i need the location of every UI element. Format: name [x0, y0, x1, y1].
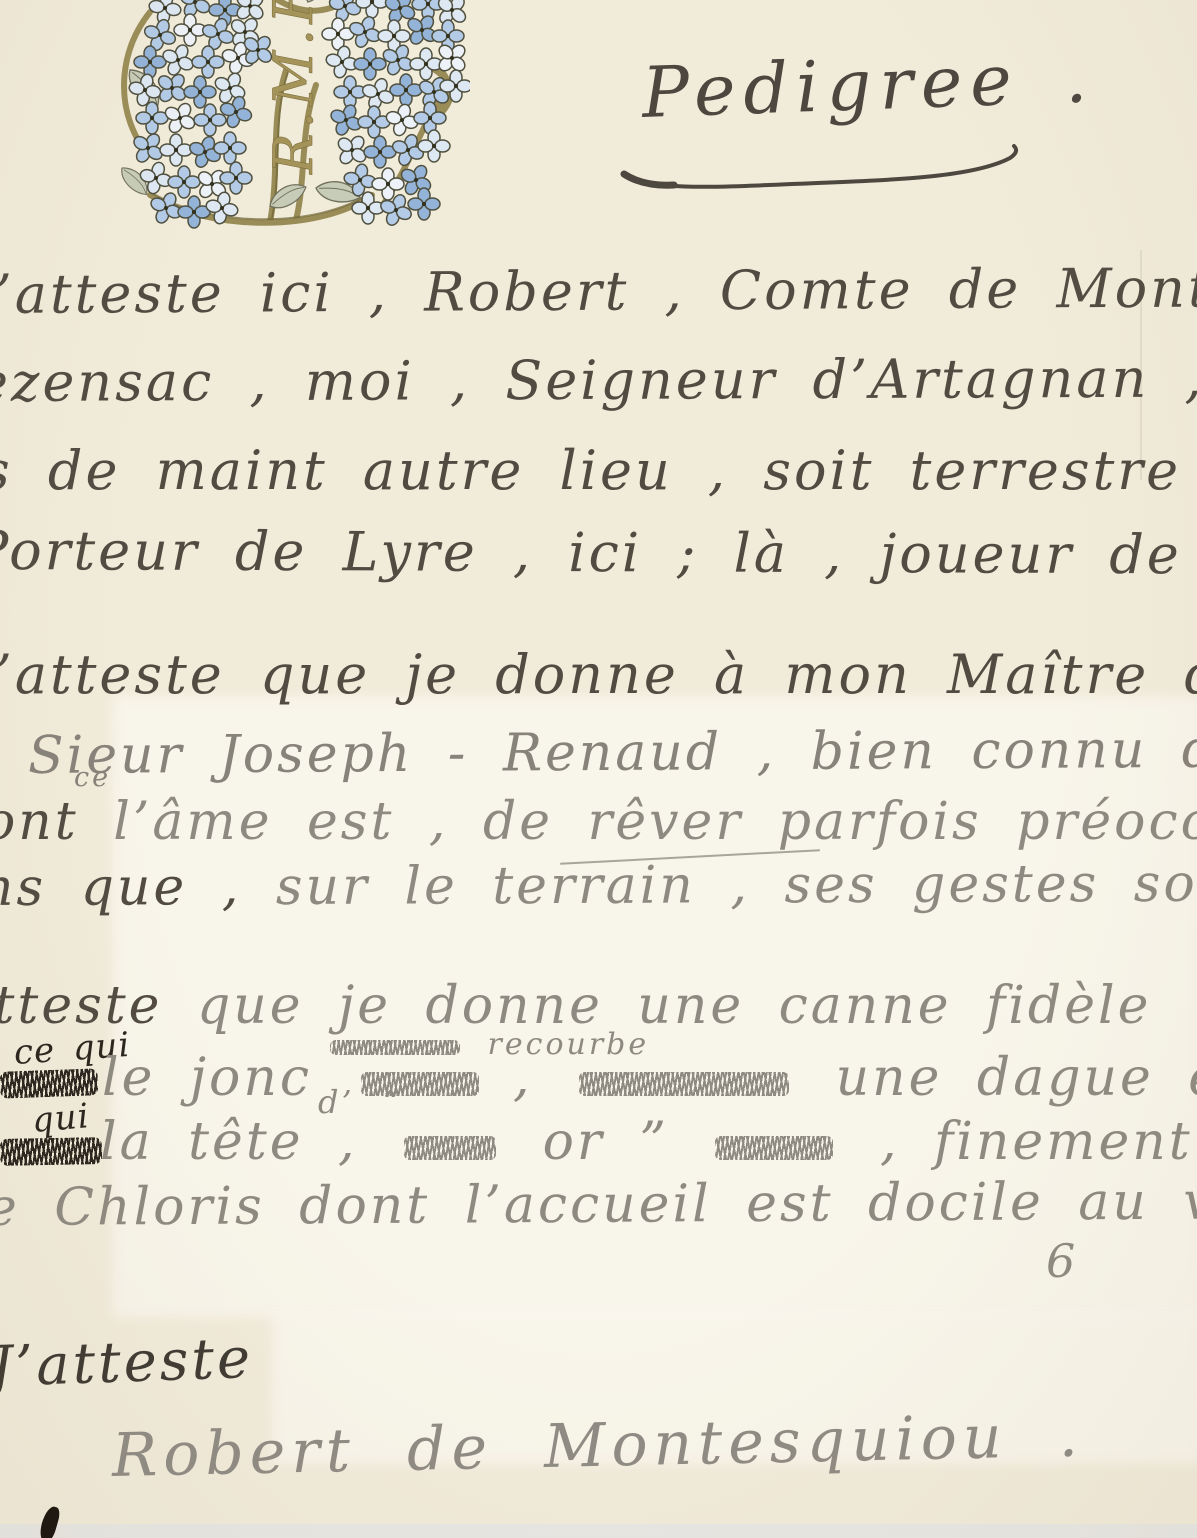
line-fragment: l’âme est , de rêver parfois préoccupé: [113, 792, 1197, 852]
line-fragment: la tête ,: [100, 1112, 358, 1172]
interlinear-insertion: ce: [74, 764, 111, 791]
handwritten-line: J’atteste que je donne à mon Maître d’é: [0, 648, 1197, 702]
scan-edge-strip: [0, 1524, 1197, 1538]
margin-correction-note: qui: [31, 1099, 91, 1138]
line-fragment: , finement se modèle: [880, 1112, 1197, 1172]
blacked-out-scribble: [0, 1068, 98, 1098]
handwritten-line: Porteur de Lyre , ici ; là , joueur de b…: [0, 524, 1197, 583]
line-fragment: le jonc: [102, 1048, 312, 1108]
strikethrough-scribble: [579, 1072, 789, 1096]
strikethrough-scribble: [715, 1136, 833, 1160]
line-fragment: ont: [0, 792, 79, 852]
line-fragment: une dague en son: [836, 1048, 1197, 1108]
handwritten-line: ns que , sur le terrain , ses gestes soi…: [0, 857, 1197, 914]
handwritten-line: Sieur Joseph - Renaud , bien connu des s…: [28, 723, 1197, 782]
handwritten-line: s de maint autre lieu , soit terrestre ,…: [0, 444, 1197, 498]
closing-attestation: J’atteste: [0, 1331, 254, 1396]
line-fragment: ’tteste: [0, 976, 162, 1036]
line-fragment: ns que ,: [0, 857, 241, 918]
line-fragment: or ”: [543, 1112, 669, 1172]
handwritten-line: le jonc , une dague en son: [102, 1052, 1197, 1104]
signature: Robert de Montesquiou .: [111, 1406, 1084, 1486]
manuscript-page: R.M.F Pedigree . J’atteste ici , Robert …: [0, 0, 1197, 1538]
line-fragment: ,: [513, 1048, 533, 1108]
handwritten-line: ezensac , moi , Seigneur d’Artagnan , Fi…: [0, 351, 1197, 410]
handwritten-line: la tête , or ” , finement se modèle: [100, 1116, 1197, 1168]
strikethrough-scribble: [404, 1136, 496, 1160]
title-underline-flourish: [612, 136, 1042, 208]
handwritten-line: e Chloris dont l’accueil est docile au v…: [0, 1175, 1197, 1234]
line-fragment: que je donne une canne fidèle: [197, 976, 1151, 1036]
document-title: Pedigree .: [641, 42, 1096, 128]
blacked-out-scribble: [0, 1137, 102, 1166]
handwritten-line: ’tteste que je donne une canne fidèle: [0, 980, 1151, 1032]
catchword: 6: [1046, 1238, 1078, 1284]
monogram-wreath-illustration: R.M.F: [120, 0, 470, 235]
handwritten-line: J’atteste ici , Robert , Comte de Montes…: [0, 261, 1197, 322]
line-fragment: sur le terrain , ses gestes soient plus …: [276, 853, 1197, 917]
handwritten-line: ont l’âme est , de rêver parfois préoccu…: [0, 796, 1197, 848]
monogram-letters: R.M.F: [262, 0, 325, 175]
